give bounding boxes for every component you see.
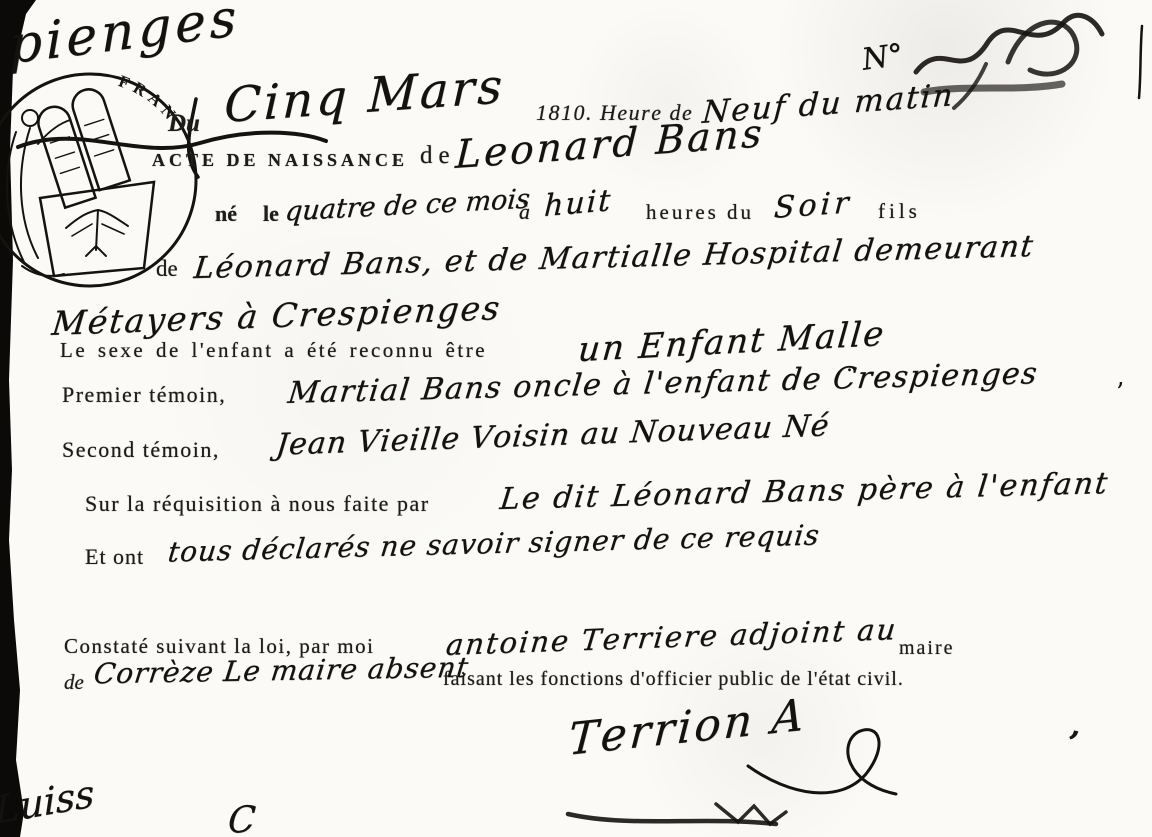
official-seal-stamp: FRAN. xyxy=(0,60,212,304)
de-commune-label: de xyxy=(64,670,84,695)
ne-label: né xyxy=(215,201,237,227)
heures-du-label: heures du xyxy=(646,200,754,225)
bottom-center-partial-script: C xyxy=(227,799,257,837)
first-witness-label: Premier témoin, xyxy=(62,382,226,408)
a-label: à xyxy=(519,199,530,225)
second-witness-handwritten: Jean Vieille Voisin au Nouveau Né xyxy=(274,408,831,462)
child-name-handwritten: Leonard Bans xyxy=(454,111,766,178)
maire-label: maire xyxy=(899,637,955,660)
requisition-handwritten: Le dit Léonard Bans père à l'enfant xyxy=(498,466,1111,517)
birth-day-handwritten: quatre de ce mois xyxy=(284,183,531,227)
ink-mark-dot: . xyxy=(846,352,853,377)
seal-shield-eagle xyxy=(40,182,154,276)
page-corner-pen-mark xyxy=(1134,24,1148,100)
de-parents-label: de xyxy=(156,256,178,282)
commune-handwritten: Corrèze Le maire absent xyxy=(92,651,471,691)
le-label: le xyxy=(263,201,279,227)
parents-names-handwritten: Léonard Bans, et de Martialle Hospital d… xyxy=(192,229,1036,286)
second-witness-label: Second témoin, xyxy=(62,437,220,463)
declaration-handwritten: tous déclarés ne savoir signer de ce req… xyxy=(166,518,821,568)
act-title-de-label: de xyxy=(420,142,456,170)
requisition-label: Sur la réquisition à nous faite par xyxy=(85,491,430,517)
birth-period-handwritten: Soir xyxy=(773,185,854,226)
fils-label: fils xyxy=(878,199,921,224)
signature-flourish xyxy=(540,688,970,837)
et-ont-label: Et ont xyxy=(85,544,144,570)
ink-mark-comma: ’ xyxy=(1061,723,1082,765)
du-label: Du xyxy=(168,110,200,138)
birth-hour-handwritten: huit xyxy=(543,183,613,224)
act-date-handwritten: Cinq Mars xyxy=(223,58,506,134)
officer-name-handwritten: antoine Terriere adjoint au xyxy=(444,612,899,662)
act-title-label: ACTE DE NAISSANCE xyxy=(152,150,408,171)
sex-label: Le sexe de l'enfant a été reconnu être xyxy=(60,338,487,363)
ink-mark-quote: ’ xyxy=(1116,378,1124,408)
document-page: pienges FRAN. N° xyxy=(0,0,1152,837)
seal-tablets-of-law xyxy=(32,85,131,207)
